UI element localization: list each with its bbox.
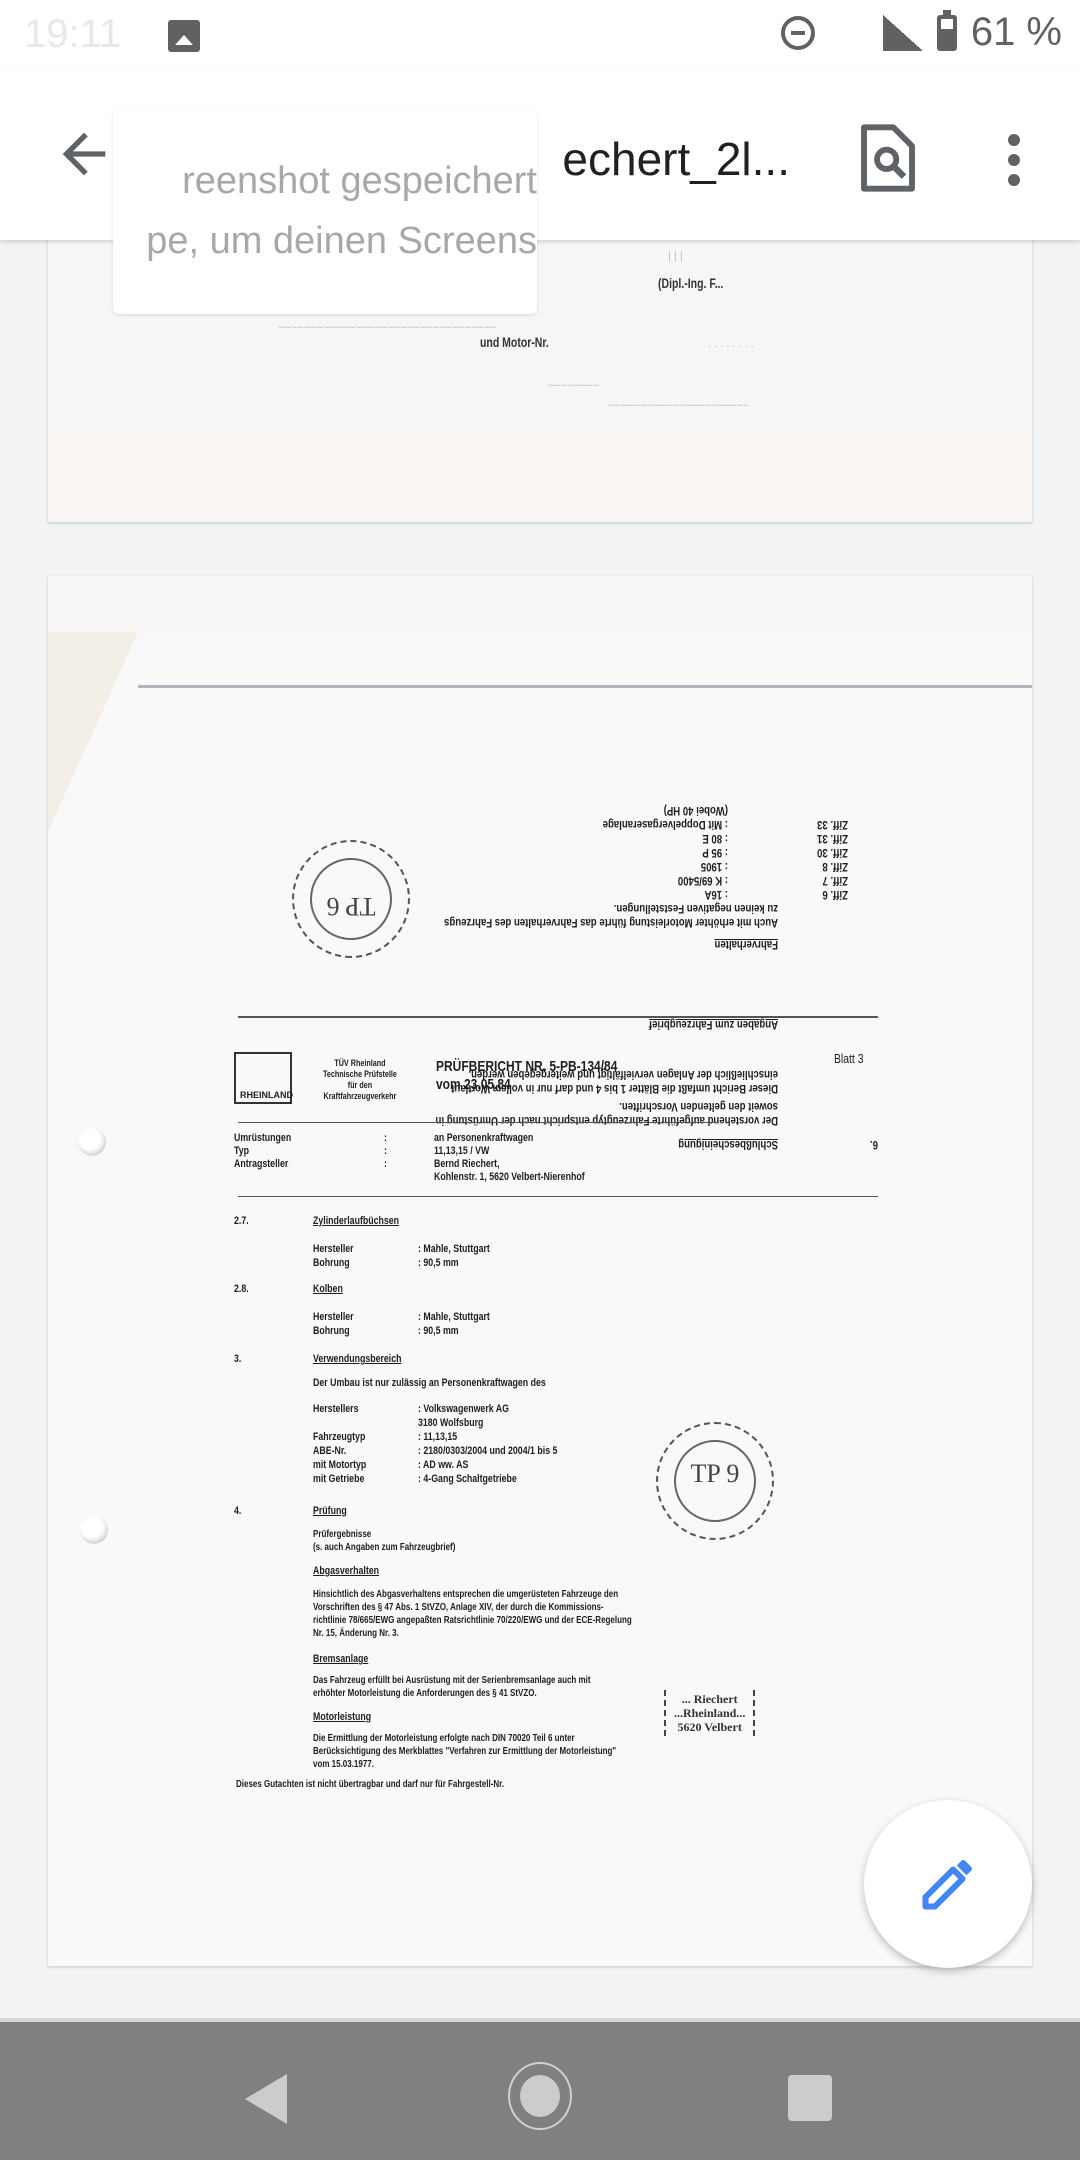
edit-pencil-icon [918, 1854, 978, 1914]
arrow-back-icon [52, 122, 116, 186]
signature-stamp: ... Riechert ...Rheinland... 5620 Velber… [664, 1690, 755, 1736]
more-vert-icon [1008, 134, 1020, 146]
status-bar: 19:11 61 % [0, 0, 1080, 72]
upside-down-table: Ziff. 6 : 16A Ziff. 7 : K 69/5400 Ziff. … [468, 792, 848, 902]
status-time: 19:11 [24, 12, 121, 57]
find-in-page-icon [856, 122, 920, 194]
report-title: PRÜFBERICHT NR. 5-PB-134/84 vom 23.05.84 [436, 1058, 617, 1094]
wifi-icon [829, 15, 869, 51]
status-icons: 61 % [781, 10, 1062, 55]
back-button[interactable] [52, 122, 116, 186]
official-stamp: TP 9 [656, 1422, 774, 1540]
find-in-page-button[interactable] [856, 122, 920, 194]
system-nav-bar [0, 2018, 1080, 2160]
screenshot-saved-toast[interactable]: reenshot gespeichert pe, um deinen Scree… [113, 110, 537, 314]
footer-line: Dieses Gutachten ist nicht übertragbar u… [236, 1778, 504, 1792]
nav-home-icon[interactable] [508, 2062, 572, 2130]
cell-signal-icon [883, 15, 923, 51]
battery-percent: 61 % [971, 10, 1062, 55]
battery-icon [937, 15, 957, 51]
org-name: TÜV Rheinland Technische Prüfstelle für … [323, 1058, 397, 1102]
tuev-logo: RHEINLAND [234, 1052, 292, 1104]
toast-subtitle: pe, um deinen Screens [146, 220, 537, 263]
sheet-number: Blatt 3 [834, 1052, 863, 1066]
motor-line: und Motor-Nr. [480, 334, 549, 350]
signature-label: (Dipl.-Ing. F... [658, 275, 723, 291]
more-options-button[interactable] [996, 128, 1032, 192]
do-not-disturb-icon [781, 16, 815, 50]
document-viewer[interactable]: | | | (Dipl.-Ing. F... ...-Nr. ~~~~~~~~~… [0, 240, 1080, 2020]
meta-labels: Umrüstungen Typ Antragsteller [234, 1132, 291, 1171]
toast-title: reenshot gespeichert [182, 160, 537, 203]
official-stamp-upside: TP 6 [292, 840, 410, 958]
meta-values: an Personenkraftwagen 11,13,15 / VW Bern… [434, 1132, 585, 1184]
nav-recents-icon[interactable] [788, 2075, 832, 2121]
edit-fab-button[interactable] [864, 1800, 1032, 1968]
image-notification-icon [168, 20, 200, 52]
nav-back-icon[interactable] [245, 2074, 287, 2124]
document-page: 6. Schlußbescheinigung Der vorstehend au… [48, 576, 1032, 1966]
